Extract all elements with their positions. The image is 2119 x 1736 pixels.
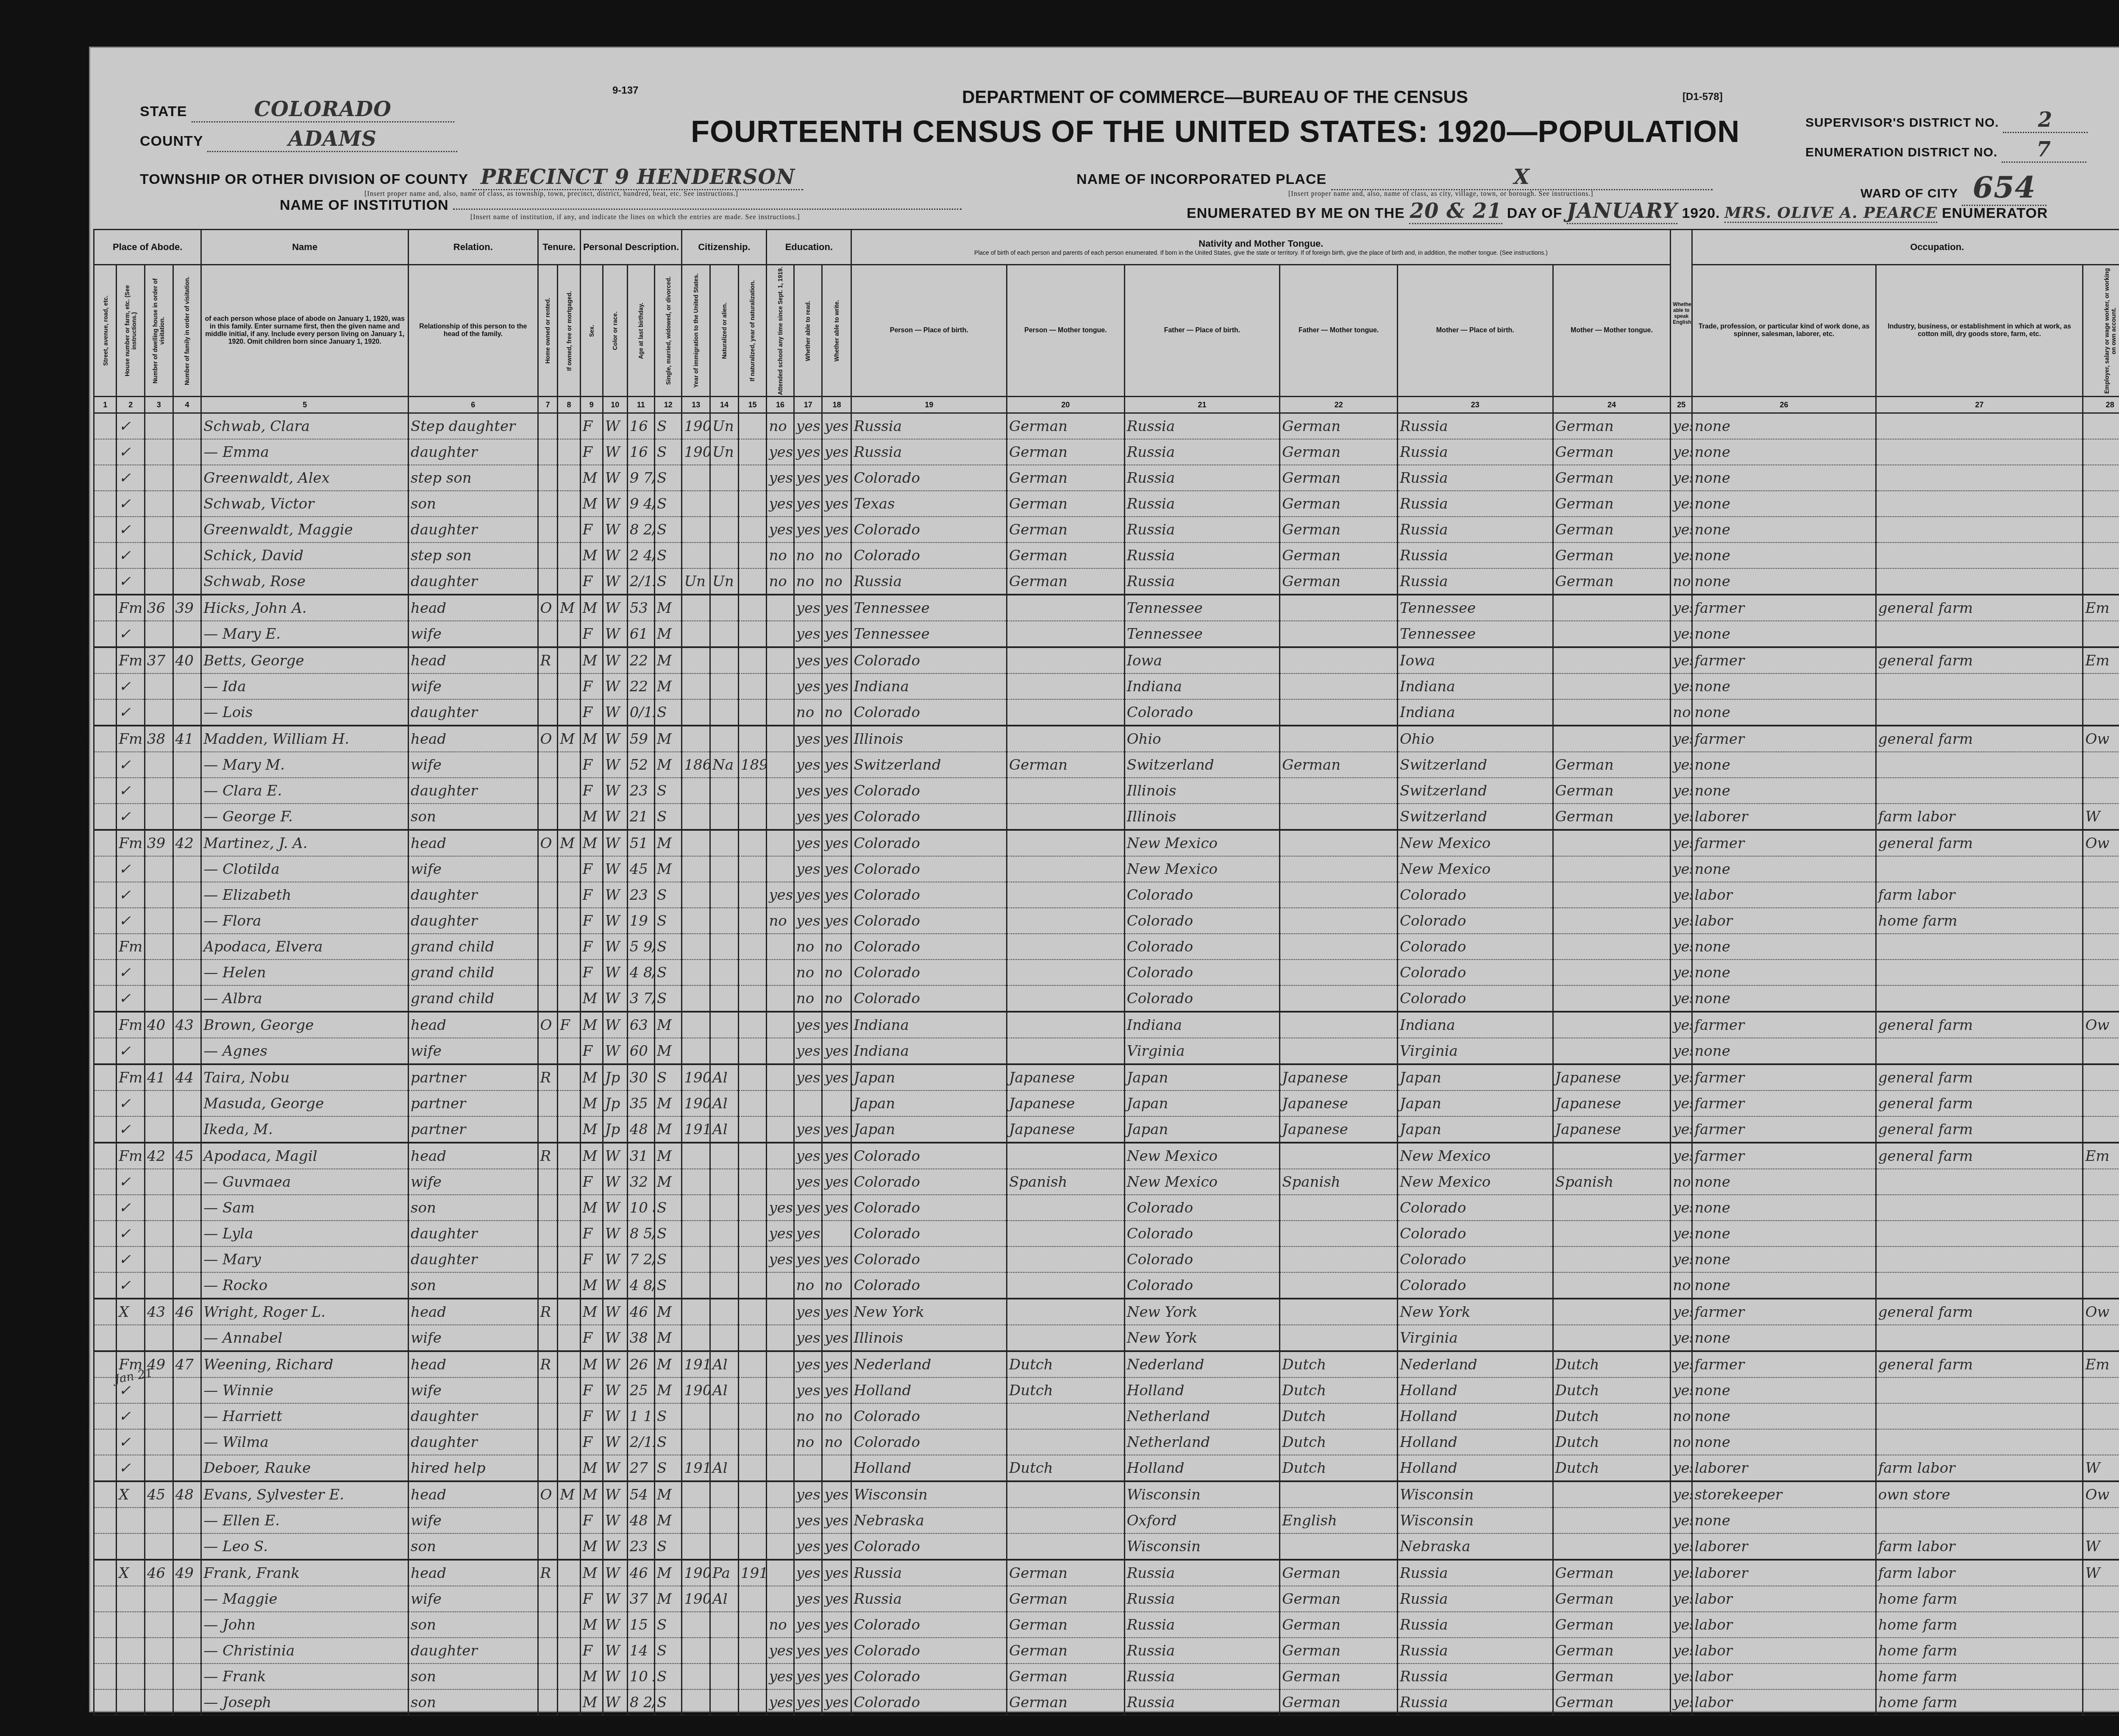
cell-mpob: Colorado [1398,1246,1553,1272]
cell-natyr [738,1638,767,1664]
cell-mpob: Wisconsin [1398,1508,1553,1533]
cell-pob: Colorado [851,699,1007,726]
cell-nat: Al [710,1455,739,1481]
cell-ms: S [655,1429,682,1455]
cell-rel: daughter [409,1221,538,1246]
cell-write: yes [822,778,851,804]
cell-fpob: Russia [1124,517,1280,542]
cell-age: 8 2/12 [627,517,654,542]
table-row: ✓Greenwaldt, Alexstep sonMW9 7/12Syesyes… [94,465,2119,491]
cell-nat [710,699,739,726]
cell-read: yes [794,1012,822,1038]
cell-eng: yes [1671,856,1692,882]
cell-fmt: Japanese [1280,1116,1398,1143]
table-row: ✓— GuvmaeawifeFW32MyesyesColoradoSpanish… [94,1169,2119,1195]
cell-race: W [603,882,627,908]
cell-natyr [738,908,767,934]
cell-sex: F [580,1377,603,1403]
cell-c4: 41 [173,726,201,752]
cell-c4 [173,621,201,647]
cell-nat [710,1195,739,1221]
cell-emp: W [2083,804,2119,830]
cell-mort [558,1143,580,1169]
cell-c4 [173,934,201,960]
cell-race: W [603,830,627,856]
cell-c1 [94,1195,117,1221]
cell-emp [2083,1038,2119,1064]
cell-mt [1007,1508,1124,1533]
cell-c4 [173,1455,201,1481]
cell-imm: Un [682,568,710,595]
cell-imm [682,960,710,985]
cell-c4 [173,491,201,517]
cell-mort [558,439,580,465]
cell-c3: 46 [145,1560,173,1586]
cell-ms: M [655,1377,682,1403]
cell-sex: F [580,856,603,882]
cell-rel: wife [409,1508,538,1533]
cell-mt: German [1007,1638,1124,1664]
cell-eng: yes [1671,960,1692,985]
cell-natyr [738,1455,767,1481]
cell-age: 2/12 [627,568,654,595]
cell-ms: S [655,960,682,985]
cell-occ: none [1692,621,1876,647]
cell-age: 23 [627,882,654,908]
table-row: ✓— HarriettdaughterFW1 11/12SnonoColorad… [94,1403,2119,1429]
cell-mmt: Dutch [1553,1403,1671,1429]
line-number-left: 98 [72,1650,83,1661]
cell-emp [2083,1689,2119,1715]
cell-mort [558,517,580,542]
cell-natyr [738,1091,767,1116]
cell-race: W [603,699,627,726]
cell-c3 [145,1586,173,1612]
cell-c4 [173,568,201,595]
cell-c4 [173,1221,201,1246]
line-number-left: 55 [72,520,83,531]
cell-name: Schick, David [201,542,409,568]
cell-ind [1876,1195,2083,1221]
cell-c3 [145,568,173,595]
cell-rel: head [409,647,538,673]
line-number-left: 72 [72,966,83,978]
line-number-left: 51 [72,415,83,426]
table-row: ✓— ElizabethdaughterFW23SyesyesyesColora… [94,882,2119,908]
cell-imm [682,595,710,621]
cell-pob: Tennessee [851,595,1007,621]
cell-sex: M [580,1143,603,1169]
cell-ms: S [655,1403,682,1429]
cell-mpob: Tennessee [1398,621,1553,647]
cell-write: yes [822,1508,851,1533]
cell-eng: yes [1671,752,1692,778]
cell-ms: S [655,568,682,595]
group-relation: Relation. [409,230,538,265]
cell-ms: S [655,517,682,542]
col-number: 6 [409,397,538,413]
ward-value: 654 [1962,170,2047,206]
cell-ms: M [655,1299,682,1325]
cell-emp [2083,908,2119,934]
cell-ms: S [655,1533,682,1560]
cell-mpob: Switzerland [1398,778,1553,804]
cell-imm [682,517,710,542]
cell-pob: Colorado [851,1403,1007,1429]
cell-read: yes [794,1533,822,1560]
cell-mt: German [1007,1586,1124,1612]
cell-mt [1007,621,1124,647]
cell-c1 [94,439,117,465]
cell-sch: yes [767,882,794,908]
cell-mmt: Japanese [1553,1064,1671,1091]
cell-mpob: Japan [1398,1091,1553,1116]
cell-fpob: Wisconsin [1124,1533,1280,1560]
cell-ind [1876,568,2083,595]
cell-own [538,1689,558,1715]
cell-natyr [738,413,767,440]
cell-sch: yes [767,491,794,517]
cell-sch [767,1403,794,1429]
group-occupation: Occupation. [1692,230,2119,265]
cell-c1 [94,1091,117,1116]
cell-nat [710,1169,739,1195]
cell-sch [767,673,794,699]
cell-read: yes [794,1586,822,1612]
form-code: [D1-578] [1682,91,1723,103]
cell-fmt: German [1280,568,1398,595]
ward-field: Ward of City 654 [1860,170,2047,206]
cell-imm [682,1664,710,1689]
cell-emp: W [2083,1560,2119,1586]
table-row: ✓Schwab, RosedaughterFW2/12SUnUnnononoRu… [94,568,2119,595]
cell-occ: none [1692,491,1876,517]
cell-c3 [145,1638,173,1664]
cell-mpob: New Mexico [1398,1143,1553,1169]
cell-write: yes [822,1325,851,1351]
cell-imm [682,1612,710,1638]
cell-natyr [738,1272,767,1299]
cell-nat [710,542,739,568]
cell-pob: Illinois [851,726,1007,752]
cell-mort [558,1689,580,1715]
cell-write: yes [822,1664,851,1689]
cell-ind: farm labor [1876,882,2083,908]
cell-nat [710,647,739,673]
cell-imm [682,1038,710,1064]
cell-ind: general farm [1876,1299,2083,1325]
cell-fmt: Dutch [1280,1429,1398,1455]
cell-ms: M [655,1091,682,1116]
cell-nat [710,465,739,491]
cell-mt [1007,699,1124,726]
cell-c1 [94,413,117,440]
cell-nat [710,1533,739,1560]
cell-ind [1876,1272,2083,1299]
cell-fpob: Holland [1124,1455,1280,1481]
cell-nat: Al [710,1116,739,1143]
cell-mt [1007,673,1124,699]
cell-eng: yes [1671,647,1692,673]
cell-c3 [145,413,173,440]
cell-mort [558,1455,580,1481]
cell-fpob: Colorado [1124,1195,1280,1221]
cell-pob: Colorado [851,465,1007,491]
cell-mmt [1553,908,1671,934]
cell-rel: daughter [409,1246,538,1272]
cell-eng: no [1671,568,1692,595]
cell-c4 [173,778,201,804]
cell-c1 [94,699,117,726]
cell-sex: F [580,1586,603,1612]
cell-age: 26 [627,1351,654,1377]
cell-mmt [1553,1508,1671,1533]
cell-age: 23 [627,778,654,804]
cell-c4: 47 [173,1351,201,1377]
cell-c2: ✓ [117,1195,145,1221]
cell-fpob: Holland [1124,1377,1280,1403]
cell-emp [2083,1116,2119,1143]
group-education: Education. [767,230,851,265]
cell-emp: Ow [2083,830,2119,856]
cell-emp [2083,1403,2119,1429]
cell-age: 30 [627,1064,654,1091]
cell-rel: partner [409,1091,538,1116]
cell-c1 [94,934,117,960]
cell-c4: 46 [173,1299,201,1325]
cell-occ: none [1692,856,1876,882]
cell-own: R [538,1560,558,1586]
cell-natyr [738,778,767,804]
cell-name: Weening, Richard [201,1351,409,1377]
cell-race: W [603,1689,627,1715]
cell-imm [682,1221,710,1246]
cell-c2: Fm [117,1012,145,1038]
cell-imm [682,491,710,517]
cell-mt [1007,1246,1124,1272]
cell-sch [767,595,794,621]
cell-c3 [145,1091,173,1116]
cell-c3 [145,1169,173,1195]
cell-pob: Tennessee [851,621,1007,647]
cell-write: yes [822,1351,851,1377]
cell-sex: M [580,726,603,752]
col-15-header: If naturalized, year of naturalization. [738,265,767,397]
cell-fpob: New Mexico [1124,1143,1280,1169]
col-12-header: Single, married, widowed, or divorced. [655,265,682,397]
cell-c4 [173,882,201,908]
cell-natyr [738,804,767,830]
cell-c2: ✓ [117,673,145,699]
cell-occ: storekeeper [1692,1481,1876,1508]
col-number: 23 [1398,397,1553,413]
cell-nat [710,1403,739,1429]
cell-write: yes [822,595,851,621]
cell-age: 9 4/12 [627,491,654,517]
cell-ms: M [655,752,682,778]
cell-age: 16 [627,413,654,440]
cell-write: yes [822,1116,851,1143]
cell-sch: yes [767,1664,794,1689]
department-title: DEPARTMENT OF COMMERCE—BUREAU OF THE CEN… [962,87,1468,107]
cell-ms: S [655,1612,682,1638]
cell-c2 [117,1508,145,1533]
cell-sex: M [580,830,603,856]
cell-sch: yes [767,1689,794,1715]
cell-race: W [603,1429,627,1455]
cell-pob: Colorado [851,830,1007,856]
cell-mt: German [1007,1689,1124,1715]
cell-eng: yes [1671,778,1692,804]
cell-c2: ✓ [117,804,145,830]
cell-rel: son [409,1689,538,1715]
cell-eng: yes [1671,1455,1692,1481]
cell-c3 [145,1221,173,1246]
cell-emp [2083,1195,2119,1221]
cell-rel: step son [409,465,538,491]
cell-mpob: Wisconsin [1398,1481,1553,1508]
cell-fmt [1280,647,1398,673]
cell-read: yes [794,1038,822,1064]
cell-fmt: German [1280,517,1398,542]
col-3-header: Number of dwelling house in order of vis… [145,265,173,397]
cell-own [538,1403,558,1429]
cell-sex: F [580,673,603,699]
cell-fpob: Colorado [1124,960,1280,985]
cell-name: — Elizabeth [201,882,409,908]
cell-fmt: Dutch [1280,1377,1398,1403]
cell-c1 [94,856,117,882]
cell-nat: Al [710,1377,739,1403]
cell-ms: M [655,1351,682,1377]
cell-imm [682,1481,710,1508]
cell-ind [1876,542,2083,568]
cell-fmt [1280,1038,1398,1064]
cell-c4 [173,465,201,491]
cell-c3 [145,804,173,830]
cell-c1 [94,1481,117,1508]
col-number: 20 [1007,397,1124,413]
cell-mpob: Colorado [1398,1272,1553,1299]
cell-c2: ✓ [117,1455,145,1481]
cell-read: yes [794,1689,822,1715]
line-number-left: 100 [72,1702,89,1714]
cell-age: 8 5/12 [627,1221,654,1246]
cell-fmt: German [1280,1560,1398,1586]
cell-name: — Sam [201,1195,409,1221]
cell-sex: F [580,621,603,647]
cell-nat [710,517,739,542]
state-value: Colorado [192,97,454,122]
cell-natyr [738,673,767,699]
cell-mt: German [1007,491,1124,517]
cell-race: W [603,1586,627,1612]
cell-occ: farmer [1692,1064,1876,1091]
township-label: Township or other division of county [140,171,468,187]
cell-fmt [1280,1533,1398,1560]
cell-c2: Fm [117,726,145,752]
cell-occ: none [1692,465,1876,491]
cell-eng: yes [1671,1377,1692,1403]
cell-rel: partner [409,1064,538,1091]
cell-mt: German [1007,439,1124,465]
cell-c4: 43 [173,1012,201,1038]
cell-sch [767,1377,794,1403]
cell-sex: M [580,1351,603,1377]
cell-mpob: Switzerland [1398,804,1553,830]
cell-own [538,1091,558,1116]
line-number-left: 74 [72,1019,83,1031]
cell-imm [682,621,710,647]
cell-sex: F [580,1429,603,1455]
cell-mmt [1553,856,1671,882]
cell-sch [767,1091,794,1116]
cell-eng: yes [1671,1195,1692,1221]
cell-fmt [1280,726,1398,752]
institution-field: Name of Institution [Insert name of inst… [280,197,962,221]
cell-c3 [145,1272,173,1299]
cell-mmt: Dutch [1553,1455,1671,1481]
cell-nat [710,804,739,830]
table-row: ✓— Mary E.wifeFW61MyesyesTennesseeTennes… [94,621,2119,647]
cell-nat [710,1481,739,1508]
cell-read: yes [794,517,822,542]
cell-age: 4 8/12 [627,1272,654,1299]
col-20-header: Person — Mother tongue. [1007,265,1124,397]
cell-eng: yes [1671,1638,1692,1664]
cell-c4 [173,1403,201,1429]
line-number-left: 52 [72,441,83,453]
cell-occ: farmer [1692,1116,1876,1143]
cell-natyr [738,726,767,752]
cell-c4 [173,1325,201,1351]
cell-read: yes [794,752,822,778]
cell-pob: Colorado [851,1143,1007,1169]
cell-fpob: Russia [1124,1689,1280,1715]
line-number-left: 75 [72,1045,83,1057]
cell-c2: ✓ [117,856,145,882]
cell-pob: Colorado [851,647,1007,673]
cell-pob: New York [851,1299,1007,1325]
cell-fpob: Colorado [1124,934,1280,960]
cell-natyr [738,1325,767,1351]
cell-ms: S [655,908,682,934]
cell-ind: home farm [1876,1638,2083,1664]
cell-pob: Colorado [851,542,1007,568]
cell-c4: 48 [173,1481,201,1508]
cell-c2: ✓ [117,413,145,440]
cell-c4 [173,1272,201,1299]
cell-mort [558,1638,580,1664]
cell-mmt: German [1553,804,1671,830]
line-number-left: 77 [72,1098,83,1110]
cell-nat [710,778,739,804]
cell-nat [710,1508,739,1533]
cell-ms: M [655,1586,682,1612]
cell-c2: Fm [117,934,145,960]
cell-fmt [1280,1246,1398,1272]
cell-c1 [94,1429,117,1455]
cell-sch [767,778,794,804]
cell-pob: Holland [851,1455,1007,1481]
cell-fmt: German [1280,465,1398,491]
cell-fmt [1280,804,1398,830]
cell-ind: general farm [1876,595,2083,621]
cell-mt: Japanese [1007,1091,1124,1116]
cell-c3 [145,856,173,882]
cell-occ: none [1692,1325,1876,1351]
col-number: 13 [682,397,710,413]
